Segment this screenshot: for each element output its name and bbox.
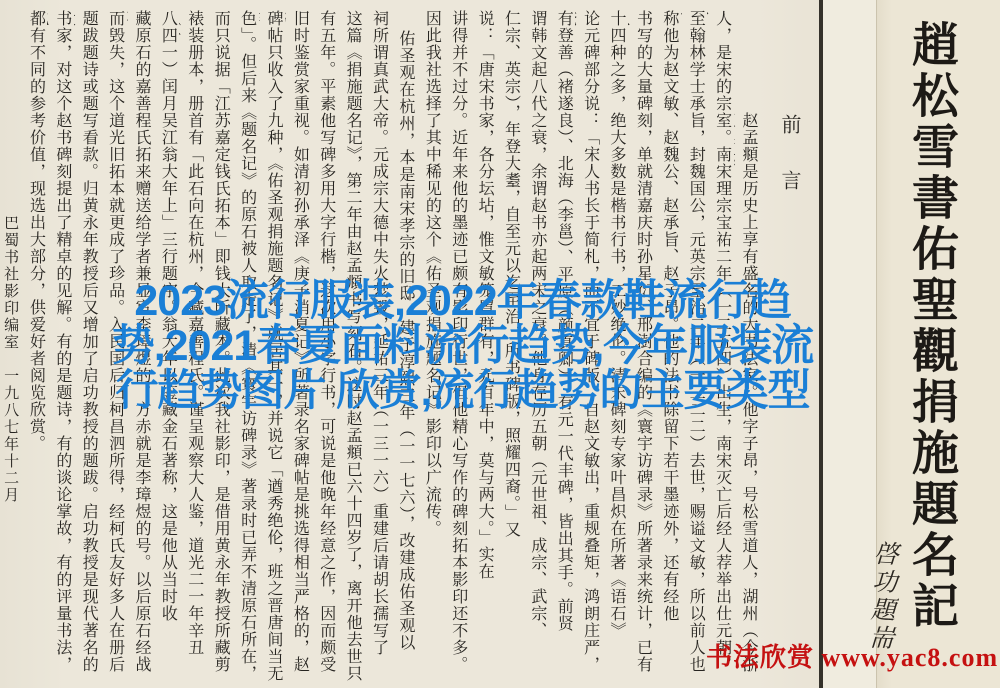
overlay-title: 2023流行服装,2022年春款鞋流行趋 势,2021春夏面料流行趋势,今年服装…: [0, 279, 925, 414]
scanned-book-page: 前言 赵孟頫是历史上享有盛名的大书法家。他字子昂，号松雪道人，湖州（今浙江吴兴）…: [0, 0, 1000, 688]
overlay-line-2: 势,2021春夏面料流行趋势,今年服装流: [0, 324, 925, 369]
overlay-line-1: 2023流行服装,2022年春款鞋流行趋: [0, 279, 925, 324]
overlay-line-3: 行趋势图片 欣赏,流行趋势的主要类型: [0, 369, 925, 414]
site-watermark: 书法欣赏 www.yac8.com: [706, 637, 998, 674]
